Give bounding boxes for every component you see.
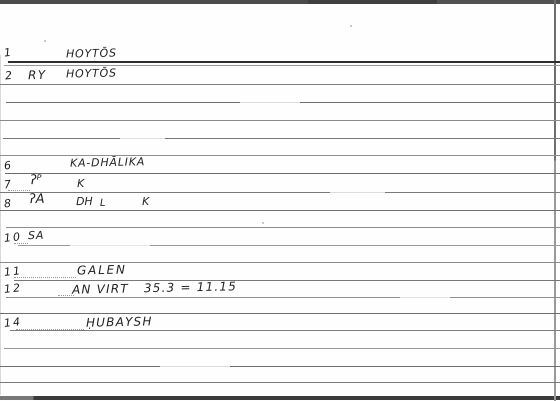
scan-speck xyxy=(350,25,352,27)
entry-text: AN VIRT 35.3 = 11.15 xyxy=(72,280,237,295)
ruled-line xyxy=(5,173,560,174)
ruled-line xyxy=(3,138,560,139)
ruled-line xyxy=(0,192,560,193)
card-top-border xyxy=(0,0,560,4)
ruled-line xyxy=(0,120,560,121)
entry-text: DH xyxy=(76,196,93,207)
line-number: 14 xyxy=(3,316,22,329)
scan-fade xyxy=(330,191,385,194)
line-number: 6 xyxy=(3,160,13,172)
ruled-line xyxy=(10,330,560,331)
entry-text: GALEN xyxy=(77,263,127,276)
line-number: 11 xyxy=(3,265,22,278)
line-number: 8 xyxy=(3,198,13,210)
line-number: 10 xyxy=(3,231,22,244)
line-number: 2 xyxy=(4,70,14,82)
ruled-line xyxy=(0,366,560,367)
ruled-line xyxy=(0,210,560,211)
entry-text: K xyxy=(77,178,84,189)
entry-text: HOYTŌS xyxy=(66,67,117,79)
scan-fade xyxy=(400,296,450,299)
entry-text: K xyxy=(142,196,149,207)
line-number: 12 xyxy=(3,282,22,295)
ruled-line xyxy=(0,84,560,85)
ruled-line xyxy=(14,280,560,281)
entry-text: HOYTŌS xyxy=(66,47,117,59)
card-bottom-border xyxy=(0,396,560,400)
dotted-trace xyxy=(14,277,76,278)
line-number: 1 xyxy=(3,47,13,59)
ruled-line xyxy=(0,382,560,383)
scan-fade xyxy=(120,137,165,140)
ruled-line xyxy=(4,348,560,349)
entry-text: L xyxy=(100,199,106,209)
scan-speck xyxy=(44,40,46,42)
line-number: 7 xyxy=(3,179,13,191)
scan-fade xyxy=(160,365,230,368)
ruled-line xyxy=(6,297,560,298)
scan-fade xyxy=(70,244,150,247)
entry-text: ḤUBAYSH xyxy=(86,315,153,328)
ruled-line xyxy=(6,227,560,228)
card-left-edge-line xyxy=(0,55,1,395)
dotted-trace xyxy=(16,329,84,330)
index-card-scan: 1 HOYTŌS 2 RY HOYTŌS 6 KA-DHĀLIKA 7 ʔᴾ K… xyxy=(0,0,560,401)
entry-text: ʔA xyxy=(29,193,45,206)
entry-text: RY xyxy=(28,69,47,81)
entry-text: ʔᴾ xyxy=(30,174,42,187)
scan-speck xyxy=(262,222,264,224)
scan-fade xyxy=(240,101,300,104)
entry-text: KA-DHĀLIKA xyxy=(70,156,145,169)
ruled-line xyxy=(8,61,560,63)
ruled-line xyxy=(0,313,560,314)
ruled-line xyxy=(4,65,560,66)
entry-text: SA xyxy=(28,230,45,241)
